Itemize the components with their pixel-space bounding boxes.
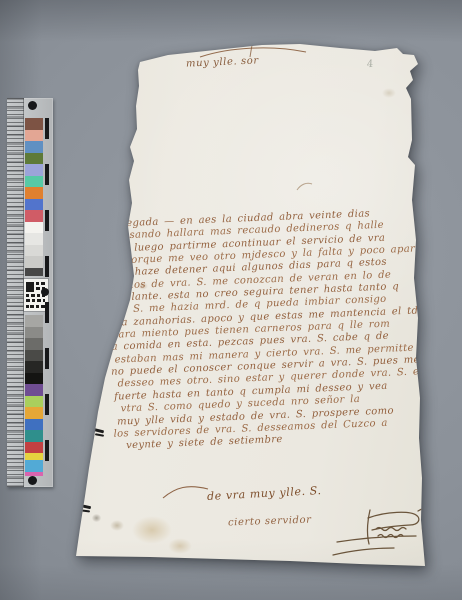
archival-photo: muy ylle. sor 4 llegada — en aes la ciud…	[0, 0, 462, 600]
paper-stain	[382, 88, 396, 98]
paper-stain	[110, 520, 124, 531]
manuscript-paper: muy ylle. sor 4 llegada — en aes la ciud…	[0, 0, 462, 600]
paper-stain	[168, 538, 192, 554]
folio-number: 4	[366, 59, 374, 71]
paper-stain	[132, 516, 172, 544]
paper-stain	[92, 514, 101, 522]
paper-shadow-wrap: muy ylle. sor 4 llegada — en aes la ciud…	[0, 0, 462, 600]
closing-swash-stroke	[162, 482, 210, 506]
stray-pen-mark	[296, 178, 314, 197]
letter-body: llegada — en aes la ciudad abra veinte d…	[103, 206, 442, 454]
signature-rubric	[332, 498, 437, 564]
